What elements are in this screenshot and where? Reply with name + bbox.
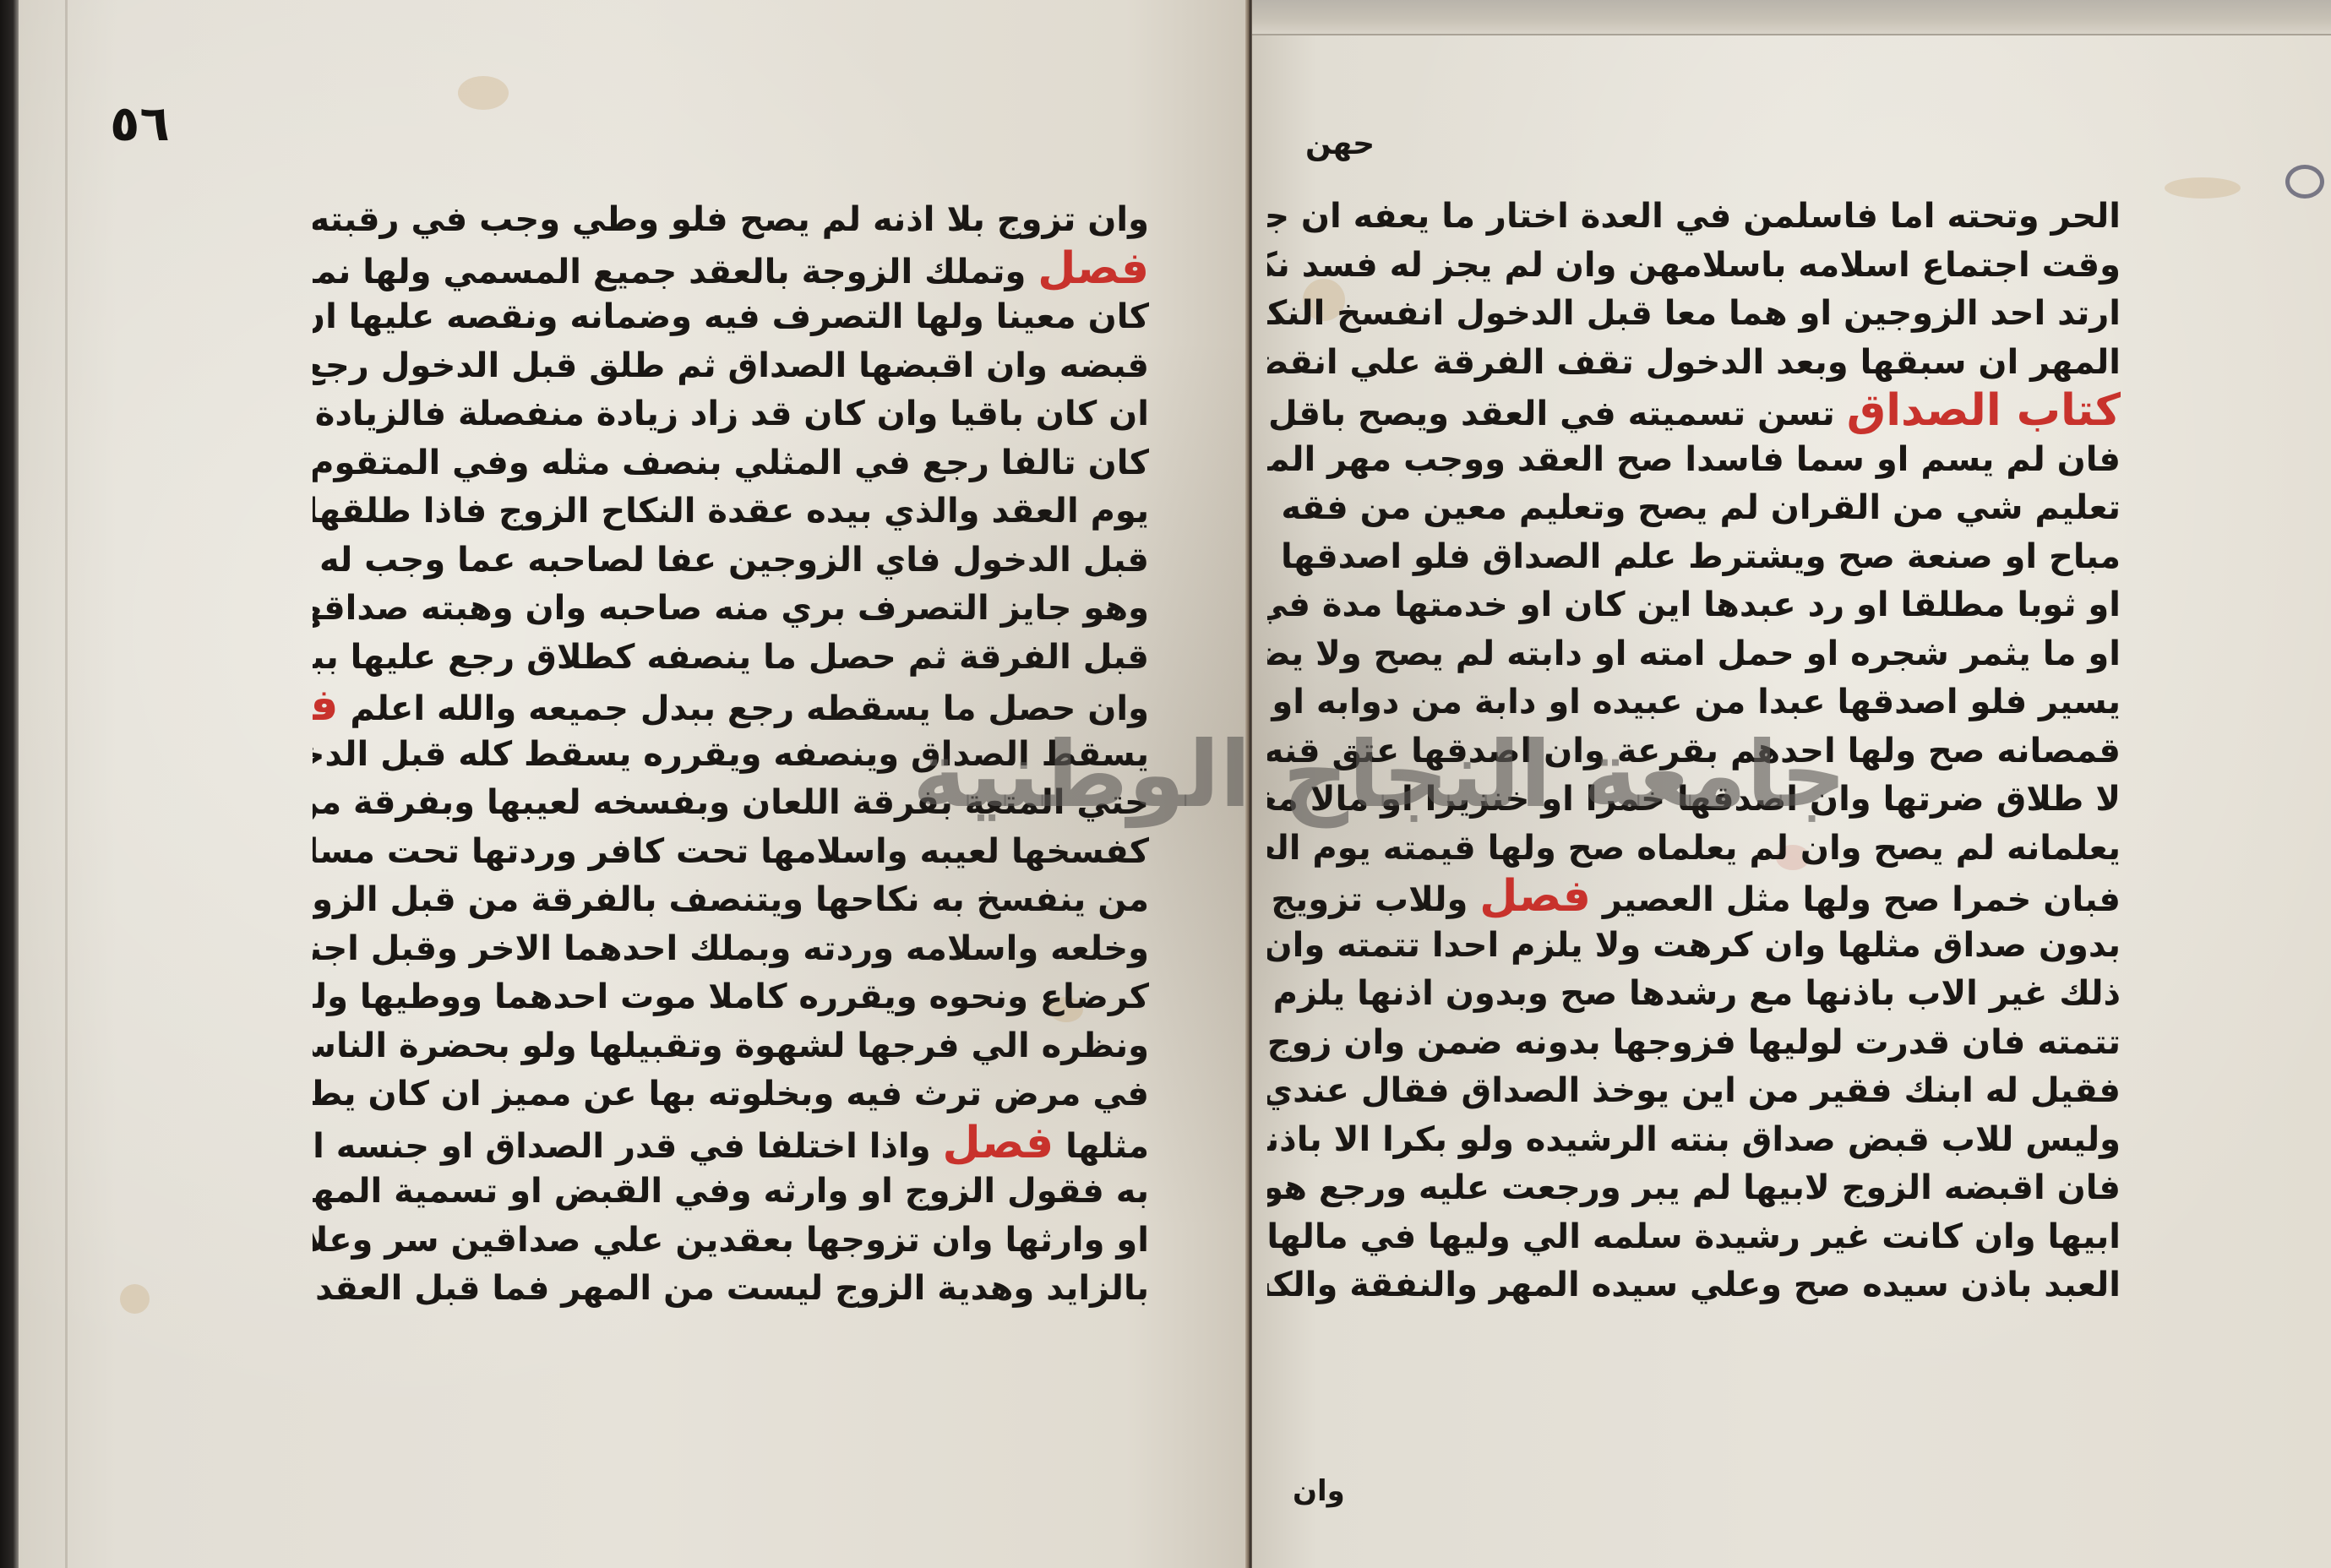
text-line: في مرض ترث فيه وبخلوته بها عن مميز ان كا… bbox=[313, 1070, 1149, 1119]
section-heading-fasl: فصل bbox=[943, 1119, 1054, 1168]
text-line: كتاب الصداق تسن تسميته في العقد ويصح باق… bbox=[1267, 387, 2121, 436]
text-line: الحر وتحته اما فاسلمن في العدة اختار ما … bbox=[1267, 193, 2121, 242]
text-line: قبضه وان اقبضها الصداق ثم طلق قبل الدخول… bbox=[313, 342, 1149, 391]
catchword: وان bbox=[1293, 1474, 1345, 1508]
text-line: يوم العقد والذي بيده عقدة النكاح الزوج ف… bbox=[313, 487, 1149, 536]
text-line: به فقول الزوج او وارثه وفي القبض او تسمي… bbox=[313, 1168, 1149, 1217]
text-line: قبل الفرقة ثم حصل ما ينصفه كطلاق رجع علي… bbox=[313, 634, 1149, 683]
page-fold-line bbox=[65, 0, 68, 1568]
page-number: ٥٦ bbox=[110, 95, 170, 152]
paper-stain bbox=[120, 1284, 150, 1314]
text-line: بدون صداق مثلها وان كرهت ولا يلزم احدا ت… bbox=[1267, 922, 2121, 971]
text-line: لا طلاق ضرتها وان اصدقها خمرا او خنزيرا … bbox=[1267, 776, 2121, 825]
text-line: او وارثها وان تزوجها بعقدين علي صداقين س… bbox=[313, 1217, 1149, 1266]
text-line: وهو جايز التصرف بري منه صاحبه وان وهبته … bbox=[313, 585, 1149, 634]
manuscript-spread: ٥٦ وان تزوج بلا اذنه لم يصح فلو وطي وجب … bbox=[0, 0, 2331, 1568]
text-line: ارتد احد الزوجين او هما معا قبل الدخول ا… bbox=[1267, 290, 2121, 339]
section-heading-fasl: فصل bbox=[313, 682, 338, 731]
text-line: كرضاع ونحوه ويقرره كاملا موت احدهما ووطي… bbox=[313, 973, 1149, 1022]
text-line: تعليم شي من القران لم يصح وتعليم معين من… bbox=[1267, 484, 2121, 533]
margin-note: حهن bbox=[1305, 127, 1375, 161]
text-line: قمصانه صح ولها احدهم بقرعة وان اصدقها عت… bbox=[1267, 727, 2121, 776]
text-line: كان تالفا رجع في المثلي بنصف مثله وفي ال… bbox=[313, 439, 1149, 488]
text-line: يعلمانه لم يصح وان لم يعلماه صح ولها قيم… bbox=[1267, 825, 2121, 874]
text-line: وليس للاب قبض صداق بنته الرشيده ولو بكرا… bbox=[1267, 1116, 2121, 1165]
chapter-heading-kitab-al-sadaq: كتاب الصداق bbox=[1847, 387, 2121, 436]
text-line: فان لم يسم او سما فاسدا صح العقد ووجب مه… bbox=[1267, 436, 2121, 485]
page-top-edge bbox=[1252, 0, 2331, 35]
text-line: فصل وتملك الزوجة بالعقد جميع المسمي ولها… bbox=[313, 245, 1149, 294]
section-heading-fasl: فصل bbox=[1479, 873, 1591, 922]
text-line: حتي المتعة بفرقة اللعان وبفسخه لعيبها وب… bbox=[313, 779, 1149, 828]
text-line: العبد باذن سيده صح وعلي سيده المهر والنف… bbox=[1267, 1261, 2121, 1310]
text-line: كان معينا ولها التصرف فيه وضمانه ونقصه ع… bbox=[313, 293, 1149, 342]
text-line: فان اقبضه الزوج لابيها لم يبر ورجعت عليه… bbox=[1267, 1164, 2121, 1213]
text-line: تتمته فان قدرت لوليها فزوجها بدونه ضمن و… bbox=[1267, 1019, 2121, 1068]
text-line: وقت اجتماع اسلامه باسلامهن وان لم يجز له… bbox=[1267, 242, 2121, 291]
left-page-text: وان تزوج بلا اذنه لم يصح فلو وطي وجب في … bbox=[313, 196, 1149, 1314]
text-line: المهر ان سبقها وبعد الدخول تقف الفرقة عل… bbox=[1267, 339, 2121, 388]
text-line: مثلها فصل واذا اختلفا في قدر الصداق او ج… bbox=[313, 1119, 1149, 1168]
text-line: ونظره الي فرجها لشهوة وتقبيلها ولو بحضرة… bbox=[313, 1022, 1149, 1071]
text-line: بالزايد وهدية الزوج ليست من المهر فما قب… bbox=[313, 1265, 1149, 1314]
book-edge bbox=[0, 0, 19, 1568]
text-line: يسير فلو اصدقها عبدا من عبيده او دابة من… bbox=[1267, 678, 2121, 727]
paper-stain bbox=[458, 76, 509, 110]
section-heading-fasl: فصل bbox=[1038, 245, 1149, 294]
text-line: كفسخها لعيبه واسلامها تحت كافر وردتها تح… bbox=[313, 828, 1149, 877]
text-line: مباح او صنعة صح ويشترط علم الصداق فلو اص… bbox=[1267, 533, 2121, 582]
text-line: وخلعه واسلامه وردته وبملك احدهما الاخر و… bbox=[313, 925, 1149, 974]
text-line: ان كان باقيا وان كان قد زاد زيادة منفصلة… bbox=[313, 390, 1149, 439]
ink-ring-mark bbox=[2285, 165, 2324, 199]
text-line: او ما يثمر شجره او حمل امته او دابته لم … bbox=[1267, 630, 2121, 679]
text-line: يسقط الصداق وينصفه ويقرره يسقط كله قبل ا… bbox=[313, 731, 1149, 780]
text-line: ذلك غير الاب باذنها مع رشدها صح وبدون اذ… bbox=[1267, 970, 2121, 1019]
paper-stain bbox=[2165, 177, 2241, 199]
text-line: او ثوبا مطلقا او رد عبدها اين كان او خدم… bbox=[1267, 581, 2121, 630]
text-line: وان تزوج بلا اذنه لم يصح فلو وطي وجب في … bbox=[313, 196, 1149, 245]
text-line: فقيل له ابنك فقير من اين يوخذ الصداق فقا… bbox=[1267, 1067, 2121, 1116]
text-line: وان حصل ما يسقطه رجع ببدل جميعه والله اع… bbox=[313, 682, 1149, 731]
text-line: فبان خمرا صح ولها مثل العصير فصل وللاب ت… bbox=[1267, 873, 2121, 922]
text-line: من ينفسخ به نكاحها ويتنصف بالفرقة من قبل… bbox=[313, 876, 1149, 925]
text-line: ابيها وان كانت غير رشيدة سلمه الي وليها … bbox=[1267, 1213, 2121, 1262]
text-line: قبل الدخول فاي الزوجين عفا لصاحبه عما وج… bbox=[313, 536, 1149, 585]
right-page-text: الحر وتحته اما فاسلمن في العدة اختار ما … bbox=[1267, 193, 2121, 1310]
